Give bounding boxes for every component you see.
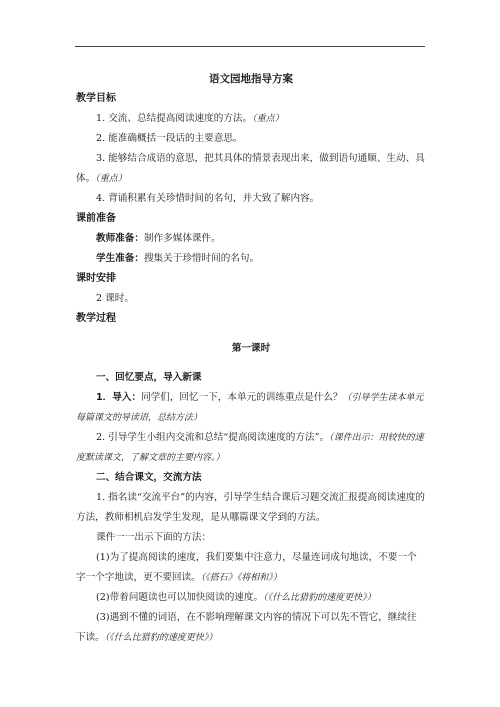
document-body: 语文园地指导方案 教学目标 1. 交流、总结提高阅读速度的方法。（重点） 2. …: [76, 69, 426, 648]
document-page: 语文园地指导方案 教学目标 1. 交流、总结提高阅读速度的方法。（重点） 2. …: [0, 0, 500, 707]
lesson-title: 第一课时: [76, 339, 426, 359]
objective-item: 4. 背诵积累有关珍惜时间的名句，并大致了解内容。: [76, 189, 426, 209]
header-rule: [75, 46, 425, 47]
objective-item: 3. 能够结合成语的意思，把其具体的情景表现出来，做到语句通顺、生动、具体。（重…: [76, 149, 426, 189]
objective-item: 2. 能准确概括一段话的主要意思。: [76, 129, 426, 149]
teacher-preparation: 教师准备：制作多媒体课件。: [76, 229, 426, 249]
preparation-heading: 课前准备: [76, 209, 426, 229]
student-preparation: 学生准备：搜集关于珍惜时间的名句。: [76, 249, 426, 269]
part2-heading: 二、结合课文，交流方法: [76, 468, 426, 488]
part1-item: 2. 引导学生小组内交流和总结“提高阅读速度的方法”。（课件出示：用较快的速度默…: [76, 428, 426, 468]
objective-item: 1. 交流、总结提高阅读速度的方法。（重点）: [76, 109, 426, 129]
method-item: (3)遇到不懂的词语，在不影响理解课文内容的情况下可以先不管它，继续往下读。（《…: [76, 608, 426, 648]
schedule-heading: 课时安排: [76, 269, 426, 289]
part2-item: 1. 指名读“交流平台”的内容，引导学生结合课后习题交流汇报提高阅读速度的方法，…: [76, 488, 426, 528]
objectives-heading: 教学目标: [76, 89, 426, 109]
process-heading: 教学过程: [76, 309, 426, 329]
schedule-text: 2 课时。: [76, 289, 426, 309]
part2-intro: 课件一一出示下面的方法：: [76, 528, 426, 548]
part1-item: 1．导入：同学们，回忆一下，本单元的训练重点是什么？（引导学生读本单元每篇课文的…: [76, 388, 426, 428]
method-item: (1)为了提高阅读的速度，我们要集中注意力，尽量连词成句地读，不要一个字一个字地…: [76, 548, 426, 588]
method-item: (2)带着问题读也可以加快阅读的速度。（《什么比猎豹的速度更快》）: [76, 588, 426, 608]
document-title: 语文园地指导方案: [76, 69, 426, 89]
part1-heading: 一、回忆要点，导入新课: [76, 368, 426, 388]
